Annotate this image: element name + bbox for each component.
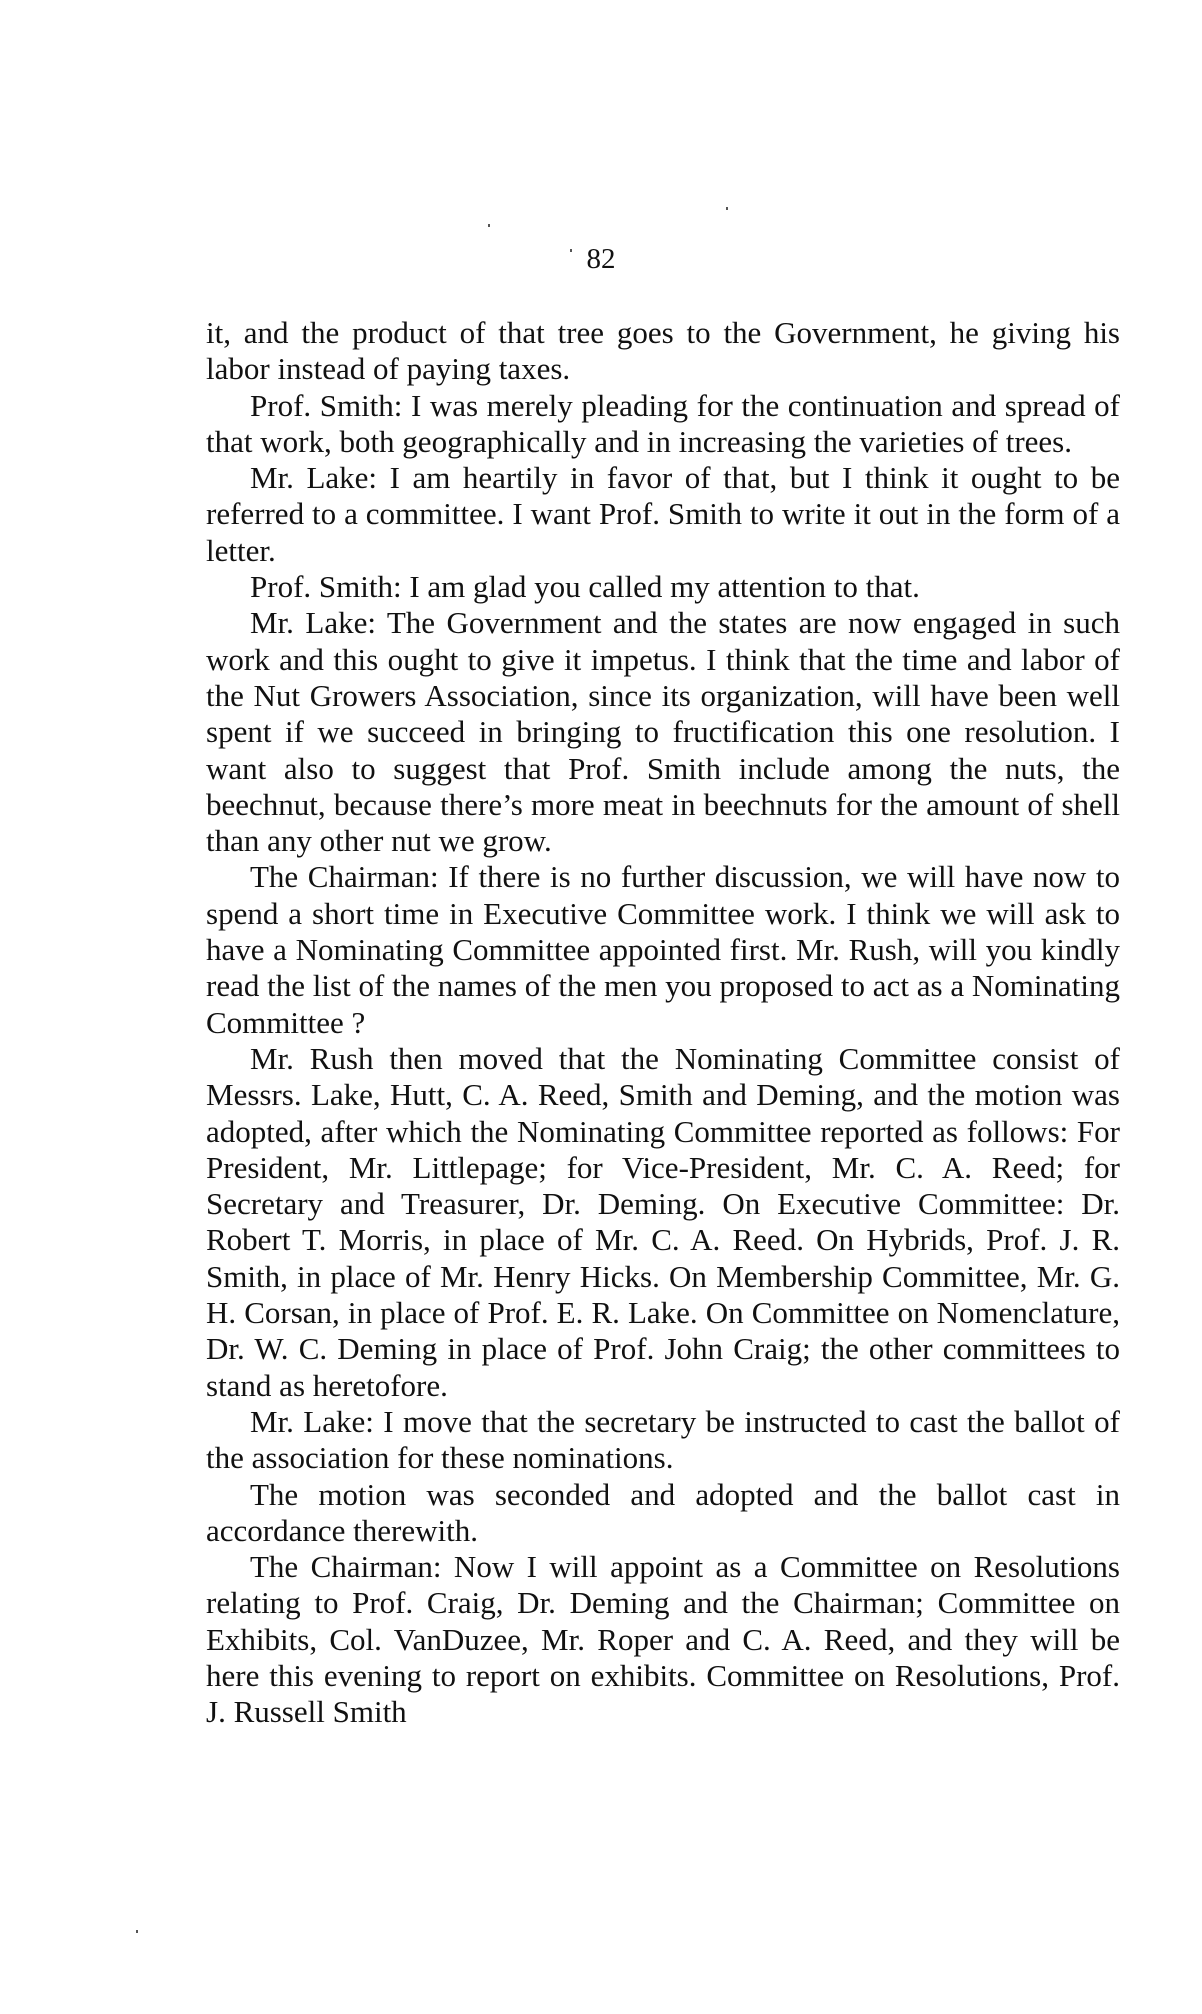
paragraph: The Chairman: If there is no further dis… [206, 859, 1120, 1040]
page-number: 82 [0, 243, 1202, 276]
scan-speck [570, 249, 572, 252]
paragraph: Mr. Lake: I move that the secretary be i… [206, 1404, 1120, 1477]
scan-speck [136, 1930, 138, 1933]
scan-speck [488, 224, 490, 227]
paragraph: it, and the product of that tree goes to… [206, 315, 1120, 388]
paragraph: Prof. Smith: I was merely pleading for t… [206, 388, 1120, 461]
paragraph: Prof. Smith: I am glad you called my att… [206, 569, 1120, 605]
paragraph: Mr. Rush then moved that the Nominating … [206, 1041, 1120, 1404]
body-text: it, and the product of that tree goes to… [206, 315, 1120, 1731]
scan-speck [726, 207, 728, 210]
paragraph: Mr. Lake: The Government and the states … [206, 605, 1120, 859]
paragraph: The motion was seconded and adopted and … [206, 1477, 1120, 1550]
paragraph: The Chairman: Now I will appoint as a Co… [206, 1549, 1120, 1730]
paragraph: Mr. Lake: I am heartily in favor of that… [206, 460, 1120, 569]
